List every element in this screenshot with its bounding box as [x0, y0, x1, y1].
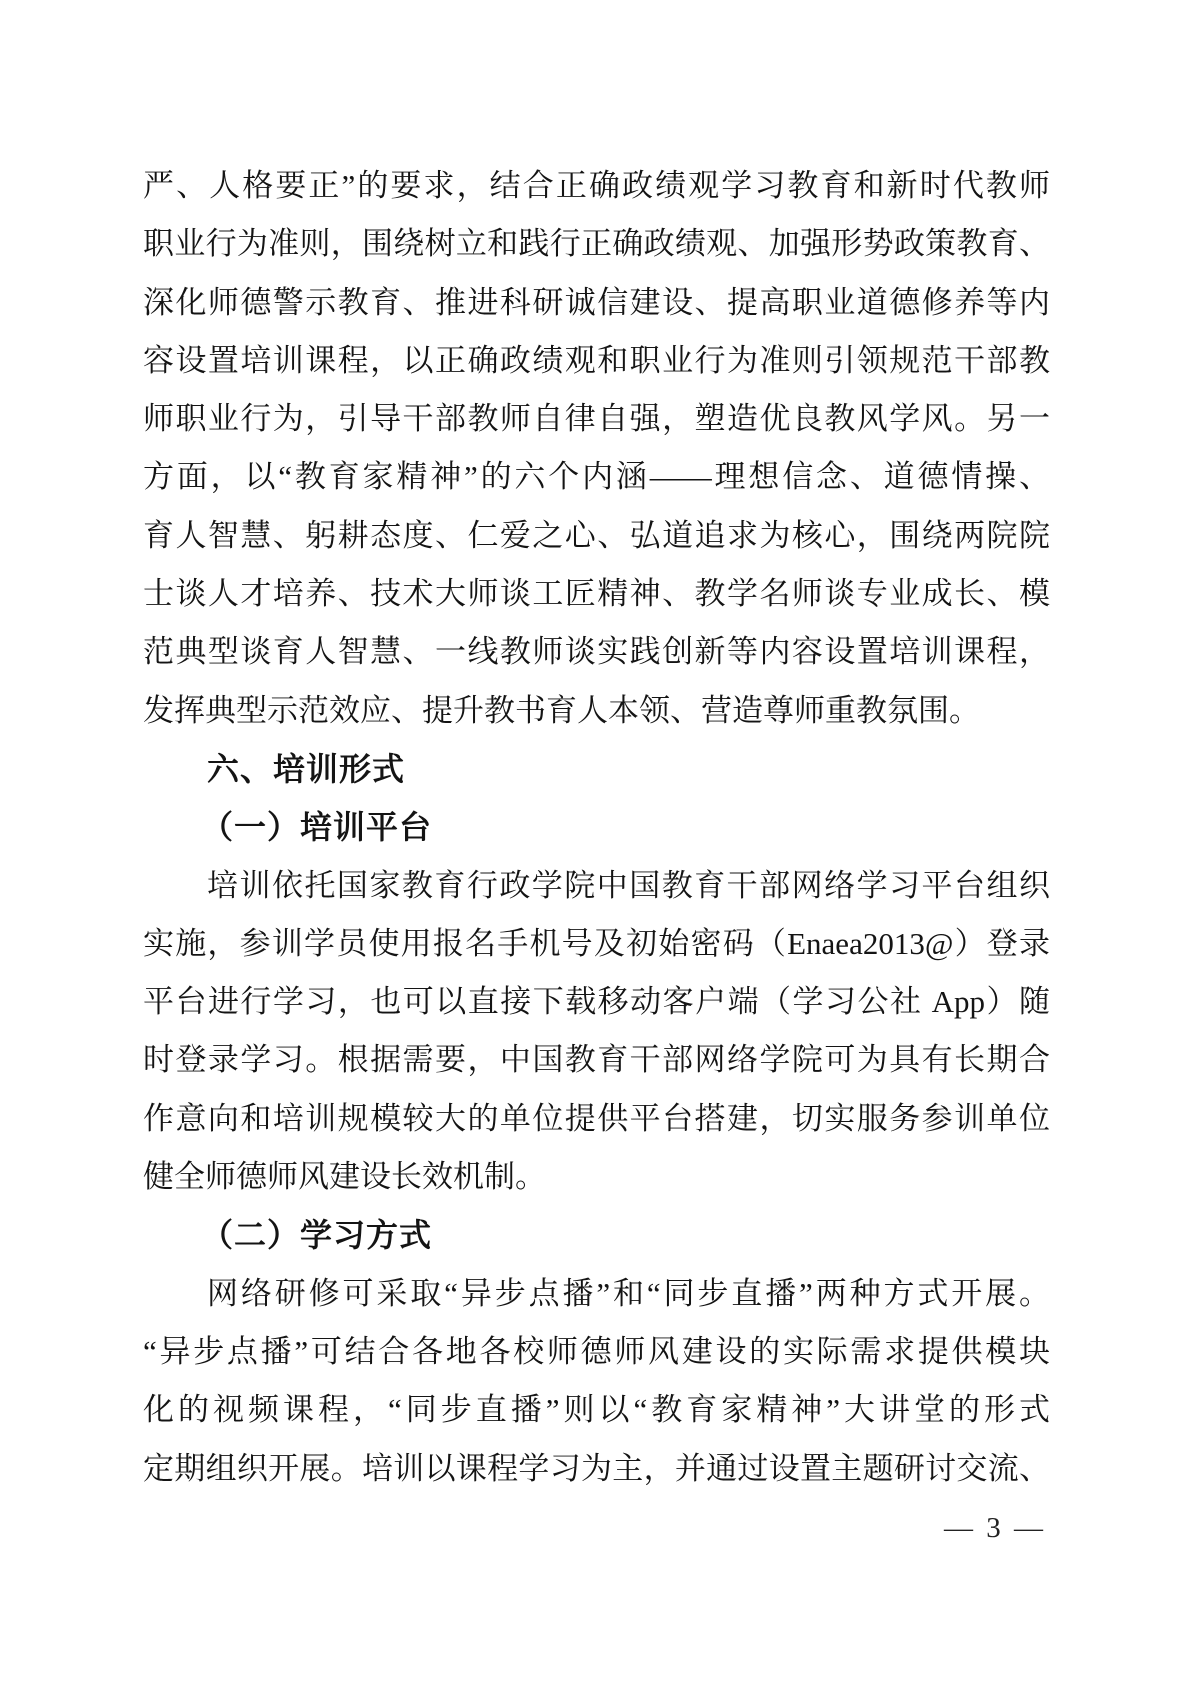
text-line: 实施，参训学员使用报名手机号及初始密码（Enaea2013@）登录	[143, 915, 1050, 973]
text-line: 化的视频课程，“同步直播”则以“教育家精神”大讲堂的形式	[143, 1381, 1050, 1439]
section-heading: 六、培训形式	[143, 740, 1050, 798]
document-body: 严、人格要正”的要求，结合正确政绩观学习教育和新时代教师职业行为准则，围绕树立和…	[143, 157, 1050, 1498]
text-line: 范典型谈育人智慧、一线教师谈实践创新等内容设置培训课程，	[143, 623, 1050, 681]
text-line: 平台进行学习，也可以直接下载移动客户端（学习公社 App）随	[143, 973, 1050, 1031]
paragraph: 严、人格要正”的要求，结合正确政绩观学习教育和新时代教师职业行为准则，围绕树立和…	[143, 157, 1050, 740]
text-line: 方面，以“教育家精神”的六个内涵——理想信念、道德情操、	[143, 448, 1050, 506]
page-footer: — 3 —	[0, 1512, 1046, 1545]
subsection-heading: （一）培训平台	[143, 798, 1050, 856]
text-line: 作意向和培训规模较大的单位提供平台搭建，切实服务参训单位	[143, 1090, 1050, 1148]
text-line: 培训依托国家教育行政学院中国教育干部网络学习平台组织	[143, 857, 1050, 915]
text-line: 定期组织开展。培训以课程学习为主，并通过设置主题研讨交流、	[143, 1440, 1050, 1498]
text-line: 士谈人才培养、技术大师谈工匠精神、教学名师谈专业成长、模	[143, 565, 1050, 623]
text-line: 网络研修可采取“异步点播”和“同步直播”两种方式开展。	[143, 1265, 1050, 1323]
subsection-heading: （二）学习方式	[143, 1206, 1050, 1264]
text-line: 职业行为准则，围绕树立和践行正确政绩观、加强形势政策教育、	[143, 215, 1050, 273]
paragraph: 网络研修可采取“异步点播”和“同步直播”两种方式开展。“异步点播”可结合各地各校…	[143, 1265, 1050, 1498]
text-line: 严、人格要正”的要求，结合正确政绩观学习教育和新时代教师	[143, 157, 1050, 215]
text-line: 发挥典型示范效应、提升教书育人本领、营造尊师重教氛围。	[143, 682, 1050, 740]
text-line: 时登录学习。根据需要，中国教育干部网络学院可为具有长期合	[143, 1031, 1050, 1089]
text-line: “异步点播”可结合各地各校师德师风建设的实际需求提供模块	[143, 1323, 1050, 1381]
text-line: 深化师德警示教育、推进科研诚信建设、提高职业道德修养等内	[143, 274, 1050, 332]
paragraph: 培训依托国家教育行政学院中国教育干部网络学习平台组织实施，参训学员使用报名手机号…	[143, 857, 1050, 1207]
document-page: 严、人格要正”的要求，结合正确政绩观学习教育和新时代教师职业行为准则，围绕树立和…	[0, 0, 1190, 1683]
page-number: — 3 —	[944, 1512, 1046, 1544]
text-line: 育人智慧、躬耕态度、仁爱之心、弘道追求为核心，围绕两院院	[143, 507, 1050, 565]
text-line: 容设置培训课程，以正确政绩观和职业行为准则引领规范干部教	[143, 332, 1050, 390]
text-line: 健全师德师风建设长效机制。	[143, 1148, 1050, 1206]
text-line: 师职业行为，引导干部教师自律自强，塑造优良教风学风。另一	[143, 390, 1050, 448]
